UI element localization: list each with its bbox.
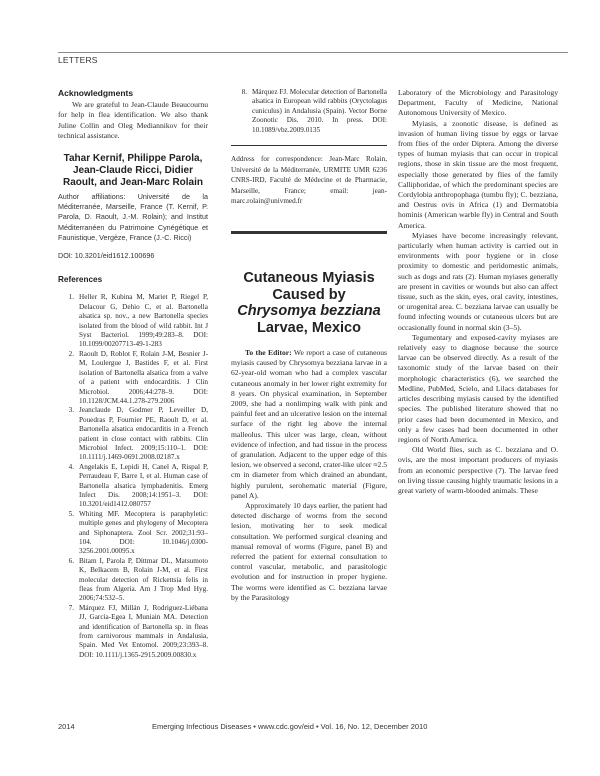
reference-item: 6.Bitam I, Parola P, Dittmar DL, Matsumo… bbox=[58, 557, 208, 604]
reference-number: 1. bbox=[58, 293, 79, 349]
reference-number: 7. bbox=[58, 604, 79, 660]
section-label: LETTERS bbox=[58, 55, 98, 65]
correspondence-divider bbox=[231, 145, 387, 146]
title-line: Cutaneous Myiasis bbox=[231, 270, 387, 287]
article-doi: DOI: 10.3201/eid1612.100696 bbox=[58, 251, 208, 261]
acknowledgments-text: We are grateful to Jean-Claude Beaucourn… bbox=[58, 100, 208, 141]
reference-text: Heller R, Kubina M, Mariet P, Riegel P, … bbox=[79, 293, 208, 349]
reference-number: 6. bbox=[58, 557, 79, 604]
reference-text: Bitam I, Parola P, Dittmar DL, Matsumoto… bbox=[79, 557, 208, 604]
body-paragraph: Approximately 10 days earlier, the patie… bbox=[231, 501, 387, 603]
reference-item: 8.Márquez FJ. Molecular detection of Bar… bbox=[231, 88, 387, 135]
reference-text: Márquez FJ, Millán J, Rodriguez-Liébana … bbox=[79, 604, 208, 660]
reference-item: 5.Whiting MF. Mecoptera is paraphyletic:… bbox=[58, 510, 208, 557]
reference-text: Whiting MF. Mecoptera is paraphyletic: m… bbox=[79, 510, 208, 557]
title-line: Caused by bbox=[231, 287, 387, 304]
reference-item: 3.Jeanclaude D, Godmer P, Leveiller D, P… bbox=[58, 406, 208, 462]
reference-item: 7.Márquez FJ, Millán J, Rodriguez-Liéban… bbox=[58, 604, 208, 660]
reference-list-continued: 8.Márquez FJ. Molecular detection of Bar… bbox=[231, 88, 387, 135]
header-rule bbox=[58, 52, 568, 53]
title-line: Larvae, Mexico bbox=[231, 320, 387, 337]
references-heading: References bbox=[58, 275, 208, 285]
body-paragraph: Tegumentary and exposed-cavity myiases a… bbox=[398, 333, 558, 445]
body-paragraph: Myiasis, a zoonotic disease, is defined … bbox=[398, 119, 558, 231]
correspondence-address: Address for correspondence: Jean-Marc Ro… bbox=[231, 154, 387, 207]
reference-item: 2.Raoult D, Roblot F, Rolain J-M, Besnie… bbox=[58, 350, 208, 406]
reference-number: 5. bbox=[58, 510, 79, 557]
column-3: Laboratory of the Microbiology and Paras… bbox=[398, 88, 558, 496]
body-paragraph: To the Editor: We report a case of cutan… bbox=[231, 348, 387, 501]
journal-footer: Emerging Infectious Diseases • www.cdc.g… bbox=[152, 722, 427, 731]
author-list: Tahar Kernif, Philippe Parola, Jean-Clau… bbox=[58, 153, 208, 189]
reference-list: 1.Heller R, Kubina M, Mariet P, Riegel P… bbox=[58, 293, 208, 660]
reference-text: Márquez FJ. Molecular detection of Barto… bbox=[252, 88, 387, 135]
article-title: Cutaneous Myiasis Caused by Chrysomya be… bbox=[231, 270, 387, 336]
body-paragraph: Old World flies, such as C. bezziana and… bbox=[398, 445, 558, 496]
column-1: Acknowledgments We are grateful to Jean-… bbox=[58, 88, 208, 660]
editor-lead-in: To the Editor: bbox=[245, 348, 292, 357]
body-paragraph: Myiases have become increasingly relevan… bbox=[398, 231, 558, 333]
acknowledgments-heading: Acknowledgments bbox=[58, 88, 208, 98]
reference-text: Angelakis E, Lepidi H, Canel A, Rispal P… bbox=[79, 463, 208, 510]
column-2: 8.Márquez FJ. Molecular detection of Bar… bbox=[231, 88, 387, 603]
page-number: 2014 bbox=[58, 722, 75, 731]
paragraph-text: We report a case of cutaneous myiasis ca… bbox=[231, 348, 387, 500]
reference-item: 4.Angelakis E, Lepidi H, Canel A, Rispal… bbox=[58, 463, 208, 510]
article-divider bbox=[231, 231, 387, 234]
author-affiliations: Author affiliations: Université de la Mé… bbox=[58, 192, 208, 243]
reference-text: Raoult D, Roblot F, Rolain J-M, Besnier … bbox=[79, 350, 208, 406]
reference-item: 1.Heller R, Kubina M, Mariet P, Riegel P… bbox=[58, 293, 208, 349]
title-line-species: Chrysomya bezziana bbox=[237, 303, 380, 319]
reference-number: 8. bbox=[231, 88, 252, 135]
reference-text: Jeanclaude D, Godmer P, Leveiller D, Pou… bbox=[79, 406, 208, 462]
reference-number: 2. bbox=[58, 350, 79, 406]
reference-number: 3. bbox=[58, 406, 79, 462]
reference-number: 4. bbox=[58, 463, 79, 510]
body-paragraph: Laboratory of the Microbiology and Paras… bbox=[398, 88, 558, 119]
